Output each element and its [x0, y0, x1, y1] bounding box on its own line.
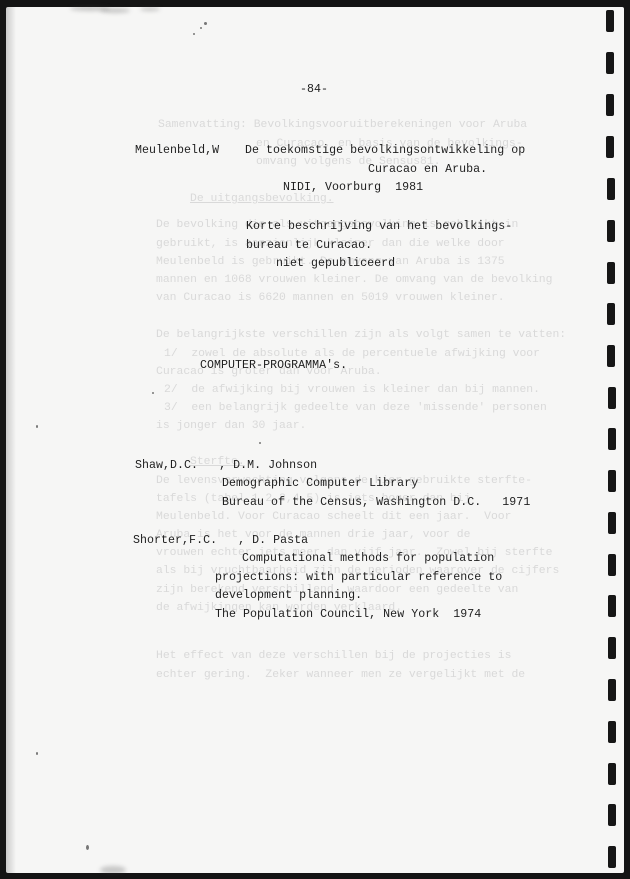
binding-hole — [607, 220, 615, 242]
reference-publisher: The Population Council, New York 1974 — [215, 609, 481, 621]
binding-hole — [606, 136, 614, 158]
ghost-line: De uitgangsbevolking. — [190, 194, 334, 205]
reference-authors: Shaw,D.C. , D.M. Johnson — [135, 460, 317, 472]
reference-authors: Shorter,F.C. , D. Pasta — [133, 535, 308, 547]
ghost-line: is jonger dan 30 jaar. — [156, 421, 306, 432]
binding-hole — [608, 721, 616, 743]
ghost-line: Meulenbeld. Voor Curacao scheelt dit een… — [156, 512, 511, 523]
reference-description: Korte beschrijving van het bevolkings- — [246, 221, 512, 233]
smudge — [100, 8, 130, 13]
binding-hole — [608, 679, 616, 701]
reference-title-cont: development planning. — [215, 590, 362, 602]
reference-title-cont: Curacao en Aruba. — [368, 164, 487, 176]
binding-hole — [607, 345, 615, 367]
ghost-line: Het effect van deze verschillen bij de p… — [156, 651, 511, 662]
binding-hole — [608, 595, 616, 617]
binding-hole — [607, 178, 615, 200]
reference-title: De toekomstige bevolkingsontwikkeling op — [245, 145, 525, 157]
binding-hole — [608, 470, 616, 492]
binding-hole — [608, 554, 616, 576]
reference-description-cont: bureau te Curacao. — [246, 240, 372, 252]
binding-hole — [608, 846, 616, 868]
ghost-line: 3/ een belangrijk gedeelte van deze 'mis… — [164, 403, 547, 414]
binding-hole — [607, 262, 615, 284]
speck — [259, 442, 261, 444]
ghost-line: De belangrijkste verschillen zijn als vo… — [156, 330, 566, 341]
binding-hole — [608, 763, 616, 785]
smudge — [100, 866, 126, 874]
page-number: -84- — [300, 84, 328, 96]
binding-hole — [608, 428, 616, 450]
scanned-page — [6, 7, 624, 873]
speck — [152, 392, 154, 394]
speck — [36, 752, 38, 755]
ghost-line: echter gering. Zeker wanneer men ze verg… — [156, 670, 525, 681]
binding-hole — [606, 94, 614, 116]
binding-hole — [607, 303, 615, 325]
ghost-line: van Curacao is 6620 mannen en 5019 vrouw… — [156, 293, 505, 304]
binding-hole — [608, 387, 616, 409]
reference-publisher: NIDI, Voorburg 1981 — [283, 182, 423, 194]
binding-hole — [608, 512, 616, 534]
section-heading: COMPUTER-PROGRAMMA's. — [200, 360, 347, 372]
reference-title: Computational methods for population — [242, 553, 494, 565]
speck — [200, 27, 202, 29]
reference-title: Demographic Computer Library — [222, 478, 418, 490]
speck — [36, 425, 38, 428]
speck — [193, 33, 195, 35]
speck — [86, 845, 89, 850]
reference-publisher: Bureau of the Census, Washington D.C. 19… — [222, 497, 530, 509]
binding-hole — [608, 804, 616, 826]
smudge — [140, 7, 160, 11]
reference-note: niet gepubliceerd — [276, 258, 395, 270]
reference-author: Meulenbeld,W — [135, 145, 219, 157]
binding-hole — [606, 52, 614, 74]
ghost-line: Samenvatting: Bevolkingsvooruitberekenin… — [158, 120, 527, 131]
page-edge-shadow — [6, 7, 16, 873]
speck — [204, 22, 207, 25]
ghost-line: mannen en 1068 vrouwen kleiner. De omvan… — [156, 275, 552, 286]
ghost-line: 2/ de afwijking bij vrouwen is kleiner d… — [164, 385, 540, 396]
binding-hole — [608, 637, 616, 659]
reference-title-cont: projections: with particular reference t… — [215, 572, 502, 584]
binding-hole — [606, 10, 614, 32]
